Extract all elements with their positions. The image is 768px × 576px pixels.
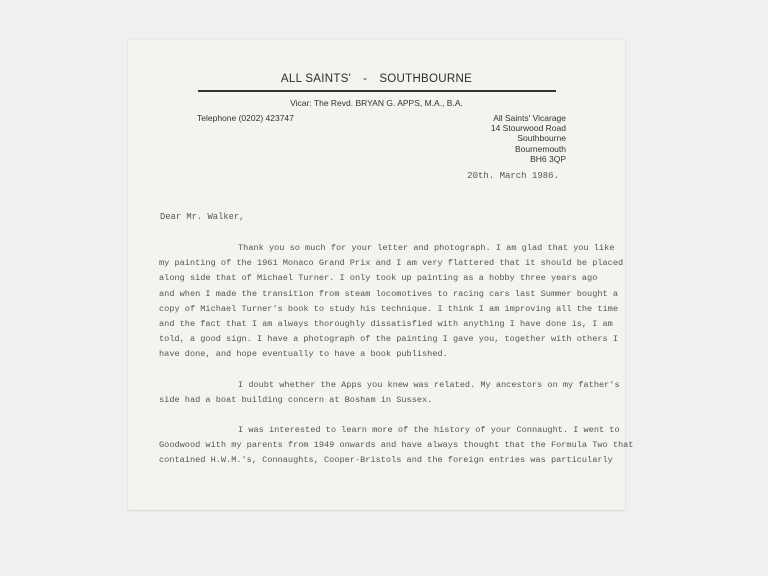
address-line: Bournemouth bbox=[491, 144, 566, 154]
text-line: Goodwood with my parents from 1949 onwar… bbox=[159, 438, 619, 453]
text-line: contained H.W.M.'s, Connaughts, Cooper-B… bbox=[159, 453, 619, 468]
letterhead-vicar: Vicar: The Revd. BRYAN G. APPS, M.A., B.… bbox=[128, 98, 625, 108]
text-line: Thank you so much for your letter and ph… bbox=[159, 241, 619, 256]
letter-page: . . . . . . . . . . . . . ALL SAINTS'-SO… bbox=[128, 40, 625, 510]
letterhead-title: ALL SAINTS'-SOUTHBOURNE bbox=[128, 73, 625, 85]
text-line: and when I made the transition from stea… bbox=[159, 287, 619, 302]
letterhead-address: All Saints' Vicarage 14 Stourwood Road S… bbox=[491, 113, 566, 164]
text-line: and the fact that I am always thoroughly… bbox=[159, 317, 619, 332]
address-line: 14 Stourwood Road bbox=[491, 123, 566, 133]
text-line: have done, and hope eventually to have a… bbox=[159, 347, 619, 362]
letterhead-separator: - bbox=[363, 73, 367, 85]
letterhead-telephone: Telephone (0202) 423747 bbox=[197, 113, 294, 123]
address-line: All Saints' Vicarage bbox=[491, 113, 566, 123]
text-line: my painting of the 1961 Monaco Grand Pri… bbox=[159, 256, 619, 271]
letter-body: Thank you so much for your letter and ph… bbox=[159, 241, 619, 484]
letterhead-church: ALL SAINTS' bbox=[281, 73, 351, 85]
paragraph: Thank you so much for your letter and ph… bbox=[159, 241, 619, 363]
letter-date: 20th. March 1986. bbox=[467, 171, 559, 181]
text-line: copy of Michael Turner's book to study h… bbox=[159, 302, 619, 317]
text-line: along side that of Michael Turner. I onl… bbox=[159, 271, 619, 286]
letterhead-parish: SOUTHBOURNE bbox=[379, 73, 472, 85]
address-line: BH6 3QP bbox=[491, 154, 566, 164]
letterhead-rule bbox=[198, 90, 556, 92]
salutation: Dear Mr. Walker, bbox=[160, 212, 244, 222]
text-line: side had a boat building concern at Bosh… bbox=[159, 393, 619, 408]
address-line: Southbourne bbox=[491, 133, 566, 143]
text-line: told, a good sign. I have a photograph o… bbox=[159, 332, 619, 347]
paragraph: I was interested to learn more of the hi… bbox=[159, 423, 619, 469]
paragraph: I doubt whether the Apps you knew was re… bbox=[159, 378, 619, 408]
text-line: I was interested to learn more of the hi… bbox=[159, 423, 619, 438]
text-line: I doubt whether the Apps you knew was re… bbox=[159, 378, 619, 393]
